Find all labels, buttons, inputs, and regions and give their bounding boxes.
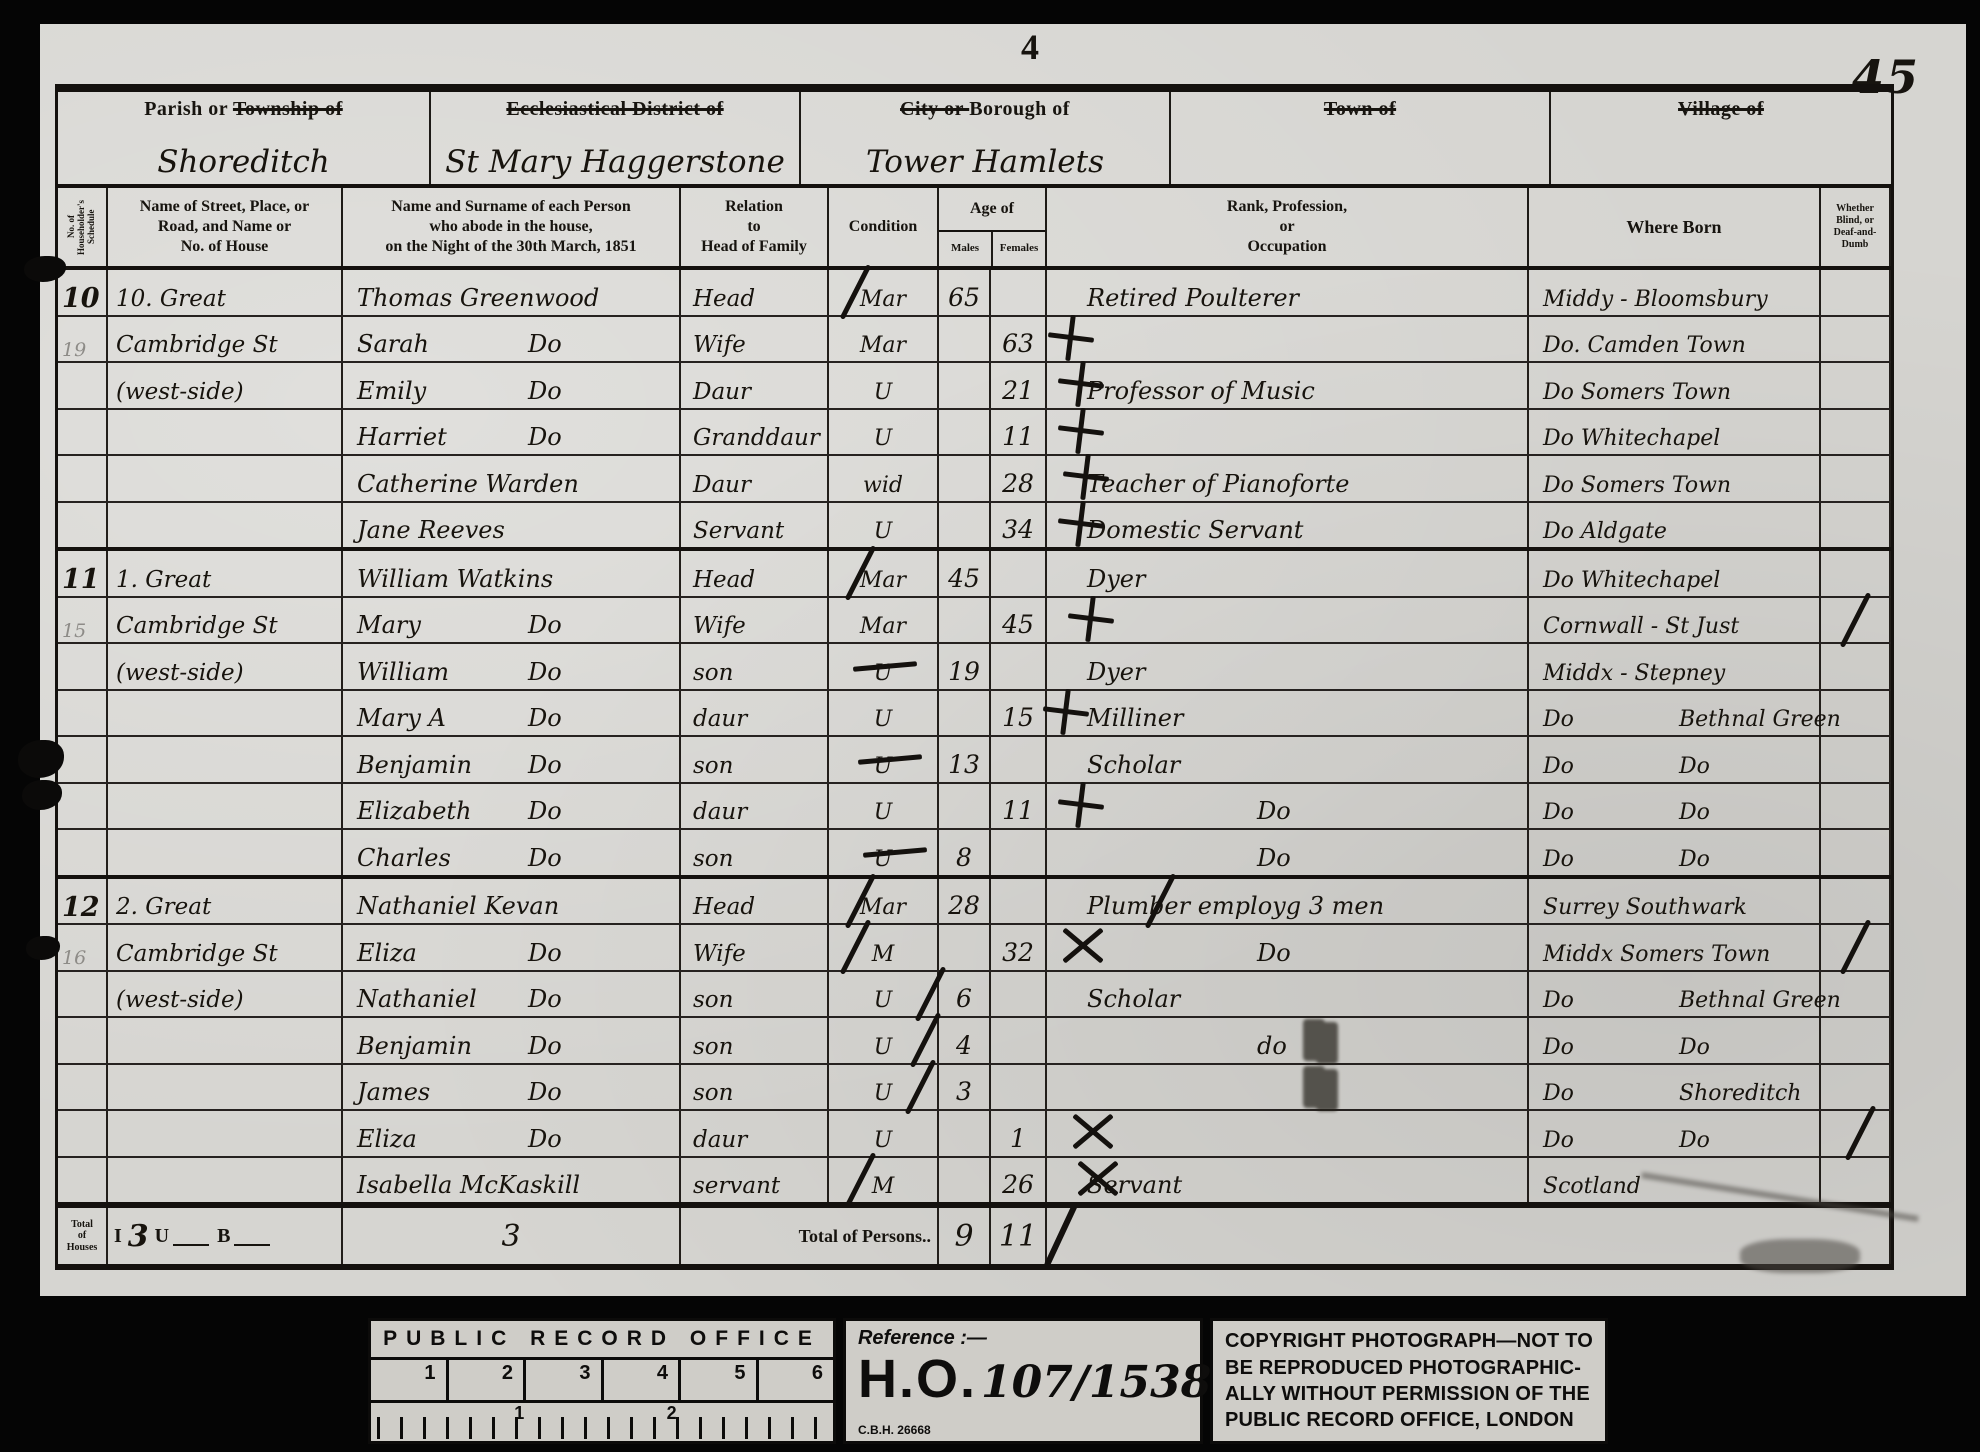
condition-column-header: Condition xyxy=(829,188,939,266)
occupation-cell: Retired Poulterer xyxy=(1047,270,1529,315)
relation-cell: Wife xyxy=(681,925,829,970)
age-male-cell: 28 xyxy=(939,879,991,924)
where-born-cell: Do Bethnal Green xyxy=(1529,972,1821,1017)
street-cell: Cambridge St xyxy=(108,598,343,643)
relation-cell: son xyxy=(681,830,829,875)
age-male-cell: 3 xyxy=(939,1065,991,1110)
street-cell xyxy=(108,1065,343,1110)
schedule-cell xyxy=(58,1065,108,1110)
name-cell: William Watkins xyxy=(343,551,681,596)
occupation-cell: Dyer xyxy=(1047,551,1529,596)
schedule-cell: 10 xyxy=(58,270,108,315)
schedule-cell xyxy=(58,1111,108,1156)
disability-cell xyxy=(1821,972,1891,1017)
census-page: 4 45 Parish or Township of Shoreditch Ec… xyxy=(40,24,1966,1296)
age-female-cell xyxy=(991,737,1047,782)
street-cell xyxy=(108,1158,343,1203)
condition-cell: Mar xyxy=(829,598,939,643)
disability-cell xyxy=(1821,1018,1891,1063)
name-cell: Elizabeth Do xyxy=(343,784,681,829)
disability-cell xyxy=(1821,1065,1891,1110)
street-cell xyxy=(108,737,343,782)
town-label: Town of xyxy=(1324,98,1396,121)
where-born-cell: Do. Camden Town xyxy=(1529,317,1821,362)
age-female-cell: 26 xyxy=(991,1158,1047,1203)
census-row: Eliza Do daur U 1 Do Do xyxy=(58,1111,1891,1158)
where-born-cell: Do Do xyxy=(1529,737,1821,782)
street-cell xyxy=(108,503,343,548)
location-header: Parish or Township of Shoreditch Ecclesi… xyxy=(58,92,1891,188)
inch-mark: 6 xyxy=(759,1360,834,1400)
relation-cell: Head xyxy=(681,551,829,596)
age-female-cell xyxy=(991,972,1047,1017)
disability-cell xyxy=(1821,317,1891,362)
age-female-cell xyxy=(991,270,1047,315)
schedule-cell xyxy=(58,737,108,782)
age-male-cell xyxy=(939,410,991,455)
building-blank xyxy=(234,1226,270,1246)
condition-cell: U xyxy=(829,1111,939,1156)
where-born-cell: Cornwall - St Just xyxy=(1529,598,1821,643)
total-males-cell: 9 xyxy=(939,1208,991,1264)
parish-cell: Parish or Township of Shoreditch xyxy=(58,92,431,184)
uninhabited-blank xyxy=(173,1226,209,1246)
name-cell: William Do xyxy=(343,644,681,689)
schedule-cell xyxy=(58,456,108,501)
schedule-column-header: No. of Householder's Schedule xyxy=(58,188,108,266)
where-born-cell: Do Aldgate xyxy=(1529,503,1821,548)
name-cell: Benjamin Do xyxy=(343,737,681,782)
condition-cell: U xyxy=(829,503,939,548)
where-born-cell: Do Do xyxy=(1529,830,1821,875)
relation-cell: Daur xyxy=(681,456,829,501)
schedule-cell: 19 xyxy=(58,317,108,362)
condition-cell: U xyxy=(829,1018,939,1063)
occupation-cell: Plumber employg 3 men xyxy=(1047,879,1529,924)
where-born-cell: Do Do xyxy=(1529,1111,1821,1156)
age-female-cell: 34 xyxy=(991,503,1047,548)
schedule-cell: 16 xyxy=(58,925,108,970)
relation-cell: son xyxy=(681,1018,829,1063)
relation-cell: daur xyxy=(681,691,829,736)
disability-cell xyxy=(1821,1111,1891,1156)
relation-cell: Head xyxy=(681,270,829,315)
census-row: Harriet Do Granddaur U 11 Do Whitechapel xyxy=(58,410,1891,457)
total-houses-label: Total of Houses xyxy=(58,1208,108,1264)
name-cell: Emily Do xyxy=(343,363,681,408)
street-cell xyxy=(108,1018,343,1063)
age-male-cell: 13 xyxy=(939,737,991,782)
condition-cell: U xyxy=(829,737,939,782)
age-male-cell xyxy=(939,1111,991,1156)
relation-cell: Daur xyxy=(681,363,829,408)
relation-cell: Granddaur xyxy=(681,410,829,455)
occupation-cell: Do xyxy=(1047,830,1529,875)
disability-cell xyxy=(1821,925,1891,970)
schedule-cell xyxy=(58,830,108,875)
schedule-cell xyxy=(58,1018,108,1063)
age-female-cell xyxy=(991,830,1047,875)
street-cell: 10. Great xyxy=(108,270,343,315)
where-born-cell: Surrey Southwark xyxy=(1529,879,1821,924)
age-male-cell xyxy=(939,363,991,408)
inch-mark: 2 xyxy=(449,1360,527,1400)
condition-cell: U xyxy=(829,784,939,829)
occupation-cell: Do xyxy=(1047,784,1529,829)
where-born-cell: Do Whitechapel xyxy=(1529,410,1821,455)
town-cell: Town of xyxy=(1171,92,1551,184)
occupation-cell: Scholar xyxy=(1047,972,1529,1017)
schedule-total-cell: 3 xyxy=(343,1208,681,1264)
occupation-column-header: Rank, Profession, or Occupation xyxy=(1047,188,1529,266)
street-cell xyxy=(108,1111,343,1156)
name-cell: Thomas Greenwood xyxy=(343,270,681,315)
street-cell: (west-side) xyxy=(108,363,343,408)
census-row: 19 Cambridge St Sarah Do Wife Mar 63 Do.… xyxy=(58,317,1891,364)
inch-mark: 4 xyxy=(604,1360,682,1400)
village-cell: Village of xyxy=(1551,92,1891,184)
census-row: James Do son U 3 Do Shoreditch xyxy=(58,1065,1891,1112)
relation-cell: son xyxy=(681,1065,829,1110)
where-born-cell: Middx Somers Town xyxy=(1529,925,1821,970)
street-cell xyxy=(108,691,343,736)
street-cell xyxy=(108,784,343,829)
age-female-cell xyxy=(991,644,1047,689)
census-row: 16 Cambridge St Eliza Do Wife M 32 Do Mi… xyxy=(58,925,1891,972)
condition-cell: U xyxy=(829,644,939,689)
schedule-cell xyxy=(58,410,108,455)
where-born-cell: Do Somers Town xyxy=(1529,363,1821,408)
ruler-box: PUBLIC RECORD OFFICE 1 2 3 4 5 6 1 2 xyxy=(368,1318,836,1444)
condition-cell: U xyxy=(829,972,939,1017)
name-cell: Catherine Warden xyxy=(343,456,681,501)
condition-cell: U xyxy=(829,830,939,875)
schedule-cell: 11 xyxy=(58,551,108,596)
age-male-cell xyxy=(939,691,991,736)
age-male-cell: 65 xyxy=(939,270,991,315)
schedule-cell: 15 xyxy=(58,598,108,643)
disability-cell xyxy=(1821,551,1891,596)
age-male-cell xyxy=(939,456,991,501)
census-photograph: 4 45 Parish or Township of Shoreditch Ec… xyxy=(0,0,1980,1452)
smudge-mark xyxy=(1740,1239,1860,1273)
age-female-cell: 32 xyxy=(991,925,1047,970)
relation-cell: daur xyxy=(681,784,829,829)
census-row: (west-side) Emily Do Daur U 21 Professor… xyxy=(58,363,1891,410)
name-cell: James Do xyxy=(343,1065,681,1110)
occupation-cell: Do xyxy=(1047,925,1529,970)
street-cell: (west-side) xyxy=(108,972,343,1017)
name-cell: Eliza Do xyxy=(343,1111,681,1156)
inch-mark: 5 xyxy=(681,1360,759,1400)
street-cell: Cambridge St xyxy=(108,317,343,362)
census-row: Benjamin Do son U 4 do Do Do xyxy=(58,1018,1891,1065)
census-row: Benjamin Do son U 13 Scholar Do Do xyxy=(58,737,1891,784)
disability-cell xyxy=(1821,830,1891,875)
village-label: Village of xyxy=(1678,98,1764,121)
name-cell: Sarah Do xyxy=(343,317,681,362)
occupation-cell xyxy=(1047,598,1529,643)
street-cell: 2. Great xyxy=(108,879,343,924)
age-male-cell xyxy=(939,503,991,548)
schedule-cell xyxy=(58,1158,108,1203)
name-cell: Harriet Do xyxy=(343,410,681,455)
condition-cell: U xyxy=(829,363,939,408)
occupation-cell: Scholar xyxy=(1047,737,1529,782)
relation-cell: Servant xyxy=(681,503,829,548)
where-born-cell: Do Bethnal Green xyxy=(1529,691,1821,736)
street-cell xyxy=(108,456,343,501)
disability-column-header: Whether Blind, or Deaf-and- Dumb xyxy=(1821,188,1891,266)
census-row: Catherine Warden Daur wid 28 Teacher of … xyxy=(58,456,1891,503)
occupation-cell: Milliner xyxy=(1047,691,1529,736)
condition-cell: Mar xyxy=(829,551,939,596)
disability-cell xyxy=(1821,691,1891,736)
age-female-cell xyxy=(991,1065,1047,1110)
census-row: Charles Do son U 8 Do Do Do xyxy=(58,830,1891,879)
where-born-column-header: Where Born xyxy=(1529,188,1821,266)
street-cell: (west-side) xyxy=(108,644,343,689)
name-cell: Mary Do xyxy=(343,598,681,643)
age-female-cell: 1 xyxy=(991,1111,1047,1156)
copyright-box: COPYRIGHT PHOTOGRAPH—NOT TO BE REPRODUCE… xyxy=(1210,1318,1608,1444)
age-female-cell: 15 xyxy=(991,691,1047,736)
age-male-cell: 45 xyxy=(939,551,991,596)
inch-scale: 1 2 3 4 5 6 xyxy=(371,1360,833,1403)
cm-ticks xyxy=(377,1417,827,1439)
census-table: Parish or Township of Shoreditch Ecclesi… xyxy=(55,84,1894,1270)
name-cell: Isabella McKaskill xyxy=(343,1158,681,1203)
census-row: 11 1. Great William Watkins Head Mar 45 … xyxy=(58,551,1891,598)
condition-cell: Mar xyxy=(829,317,939,362)
occupation-cell xyxy=(1047,1111,1529,1156)
disability-cell xyxy=(1821,270,1891,315)
age-female-cell: 63 xyxy=(991,317,1047,362)
age-males-header: Males xyxy=(939,232,993,266)
disability-cell xyxy=(1821,644,1891,689)
parish-value: Shoreditch xyxy=(157,147,330,182)
inch-mark: 3 xyxy=(526,1360,604,1400)
where-born-cell: Middy - Bloomsbury xyxy=(1529,270,1821,315)
disability-cell xyxy=(1821,410,1891,455)
condition-cell: Mar xyxy=(829,270,939,315)
name-cell: Benjamin Do xyxy=(343,1018,681,1063)
schedule-cell xyxy=(58,644,108,689)
disability-cell xyxy=(1821,784,1891,829)
occupation-cell xyxy=(1047,1065,1529,1110)
census-row: (west-side) William Do son U 19 Dyer Mid… xyxy=(58,644,1891,691)
where-born-cell: Do Shoreditch xyxy=(1529,1065,1821,1110)
total-females-cell: 11 xyxy=(991,1208,1047,1264)
district-label: Ecclesiastical District of xyxy=(506,98,723,121)
cbh-number: C.B.H. 26668 xyxy=(858,1423,931,1437)
relation-cell: daur xyxy=(681,1111,829,1156)
pencil-annotation: 19 xyxy=(62,343,86,358)
occupation-cell: Teacher of Pianoforte xyxy=(1047,456,1529,501)
age-male-cell: 19 xyxy=(939,644,991,689)
houses-inhabited-value: 3 xyxy=(128,1219,149,1254)
occupation-cell xyxy=(1047,317,1529,362)
total-persons-label: Total of Persons.. xyxy=(681,1208,939,1264)
name-column-header: Name and Surname of each Person who abod… xyxy=(343,188,681,266)
borough-cell: City or Borough of Tower Hamlets xyxy=(801,92,1171,184)
name-cell: Mary A Do xyxy=(343,691,681,736)
age-female-cell: 21 xyxy=(991,363,1047,408)
pencil-annotation: 15 xyxy=(62,624,86,639)
census-row: Elizabeth Do daur U 11 Do Do Do xyxy=(58,784,1891,831)
occupation-cell: do xyxy=(1047,1018,1529,1063)
condition-cell: U xyxy=(829,410,939,455)
age-male-cell xyxy=(939,925,991,970)
where-born-cell: Do Whitechapel xyxy=(1529,551,1821,596)
totals-row: Total of Houses I 3 U B 3 Total of Perso… xyxy=(58,1206,1891,1264)
schedule-cell xyxy=(58,784,108,829)
age-male-cell: 4 xyxy=(939,1018,991,1063)
occupation-cell: Domestic Servant xyxy=(1047,503,1529,548)
where-born-cell: Do Somers Town xyxy=(1529,456,1821,501)
age-female-cell xyxy=(991,1018,1047,1063)
disability-cell xyxy=(1821,363,1891,408)
age-female-cell: 28 xyxy=(991,456,1047,501)
relation-cell: servant xyxy=(681,1158,829,1203)
reference-label: Reference :— xyxy=(858,1327,1188,1350)
relation-cell: Wife xyxy=(681,317,829,362)
census-rows: 10 10. Great Thomas Greenwood Head Mar 6… xyxy=(58,270,1891,1206)
census-row: 15 Cambridge St Mary Do Wife Mar 45 Corn… xyxy=(58,598,1891,645)
cm-scale: 1 2 xyxy=(371,1403,833,1441)
borough-value: Tower Hamlets xyxy=(866,147,1104,182)
name-cell: Nathaniel Kevan xyxy=(343,879,681,924)
occupation-cell: Servant xyxy=(1047,1158,1529,1203)
census-row: Isabella McKaskill servant M 26 Servant … xyxy=(58,1158,1891,1207)
street-cell: 1. Great xyxy=(108,551,343,596)
disability-cell xyxy=(1821,598,1891,643)
occupation-cell: Dyer xyxy=(1047,644,1529,689)
occupation-cell xyxy=(1047,410,1529,455)
schedule-cell xyxy=(58,691,108,736)
pencil-annotation: 16 xyxy=(62,951,86,966)
schedule-cell: 12 xyxy=(58,879,108,924)
condition-cell: Mar xyxy=(829,879,939,924)
age-male-cell xyxy=(939,784,991,829)
age-male-cell xyxy=(939,598,991,643)
age-column-header: Age of Males Females xyxy=(939,188,1047,266)
relation-column-header: Relation to Head of Family xyxy=(681,188,829,266)
where-born-cell: Do Do xyxy=(1529,784,1821,829)
age-male-cell xyxy=(939,1158,991,1203)
age-female-cell xyxy=(991,551,1047,596)
relation-cell: Wife xyxy=(681,598,829,643)
disability-cell xyxy=(1821,737,1891,782)
schedule-cell xyxy=(58,503,108,548)
street-cell xyxy=(108,410,343,455)
age-female-cell xyxy=(991,879,1047,924)
age-female-cell: 45 xyxy=(991,598,1047,643)
street-column-header: Name of Street, Place, or Road, and Name… xyxy=(108,188,343,266)
relation-cell: son xyxy=(681,972,829,1017)
census-row: Jane Reeves Servant U 34 Domestic Servan… xyxy=(58,503,1891,552)
reference-number: H.O. 107/1538 xyxy=(858,1352,1188,1406)
age-male-cell: 6 xyxy=(939,972,991,1017)
total-houses-values: I 3 U B xyxy=(108,1208,343,1264)
name-cell: Charles Do xyxy=(343,830,681,875)
where-born-cell: Middx - Stepney xyxy=(1529,644,1821,689)
age-male-cell: 8 xyxy=(939,830,991,875)
street-cell: Cambridge St xyxy=(108,925,343,970)
relation-cell: son xyxy=(681,644,829,689)
district-cell: Ecclesiastical District of St Mary Hagge… xyxy=(431,92,801,184)
disability-cell xyxy=(1821,879,1891,924)
public-record-office-strip: PUBLIC RECORD OFFICE 1 2 3 4 5 6 1 2 Ref… xyxy=(368,1318,1608,1444)
disability-cell xyxy=(1821,503,1891,548)
condition-cell: U xyxy=(829,1065,939,1110)
ruler-title: PUBLIC RECORD OFFICE xyxy=(371,1321,833,1360)
condition-cell: U xyxy=(829,691,939,736)
inch-mark: 1 xyxy=(371,1360,449,1400)
schedule-cell xyxy=(58,363,108,408)
census-row: (west-side) Nathaniel Do son U 6 Scholar… xyxy=(58,972,1891,1019)
name-cell: Jane Reeves xyxy=(343,503,681,548)
parish-label: Parish or Township of xyxy=(144,98,343,121)
borough-label: City or Borough of xyxy=(900,98,1070,121)
census-row: 12 2. Great Nathaniel Kevan Head Mar 28 … xyxy=(58,879,1891,926)
reference-box: Reference :— H.O. 107/1538 C.B.H. 26668 xyxy=(843,1318,1203,1444)
disability-cell xyxy=(1821,456,1891,501)
relation-cell: Head xyxy=(681,879,829,924)
relation-cell: son xyxy=(681,737,829,782)
age-females-header: Females xyxy=(993,232,1045,266)
age-female-cell: 11 xyxy=(991,410,1047,455)
census-row: Mary A Do daur U 15 Milliner Do Bethnal … xyxy=(58,691,1891,738)
census-row: 10 10. Great Thomas Greenwood Head Mar 6… xyxy=(58,270,1891,317)
where-born-cell: Do Do xyxy=(1529,1018,1821,1063)
condition-cell: M xyxy=(829,925,939,970)
column-headers: No. of Householder's Schedule Name of St… xyxy=(58,188,1891,270)
district-value: St Mary Haggerstone xyxy=(445,147,785,182)
age-female-cell: 11 xyxy=(991,784,1047,829)
condition-cell: wid xyxy=(829,456,939,501)
occupation-cell: Professor of Music xyxy=(1047,363,1529,408)
name-cell: Eliza Do xyxy=(343,925,681,970)
disability-cell xyxy=(1821,1158,1891,1203)
schedule-cell xyxy=(58,972,108,1017)
street-cell xyxy=(108,830,343,875)
age-male-cell xyxy=(939,317,991,362)
condition-cell: M xyxy=(829,1158,939,1203)
name-cell: Nathaniel Do xyxy=(343,972,681,1017)
page-number: 4 xyxy=(970,26,1090,68)
